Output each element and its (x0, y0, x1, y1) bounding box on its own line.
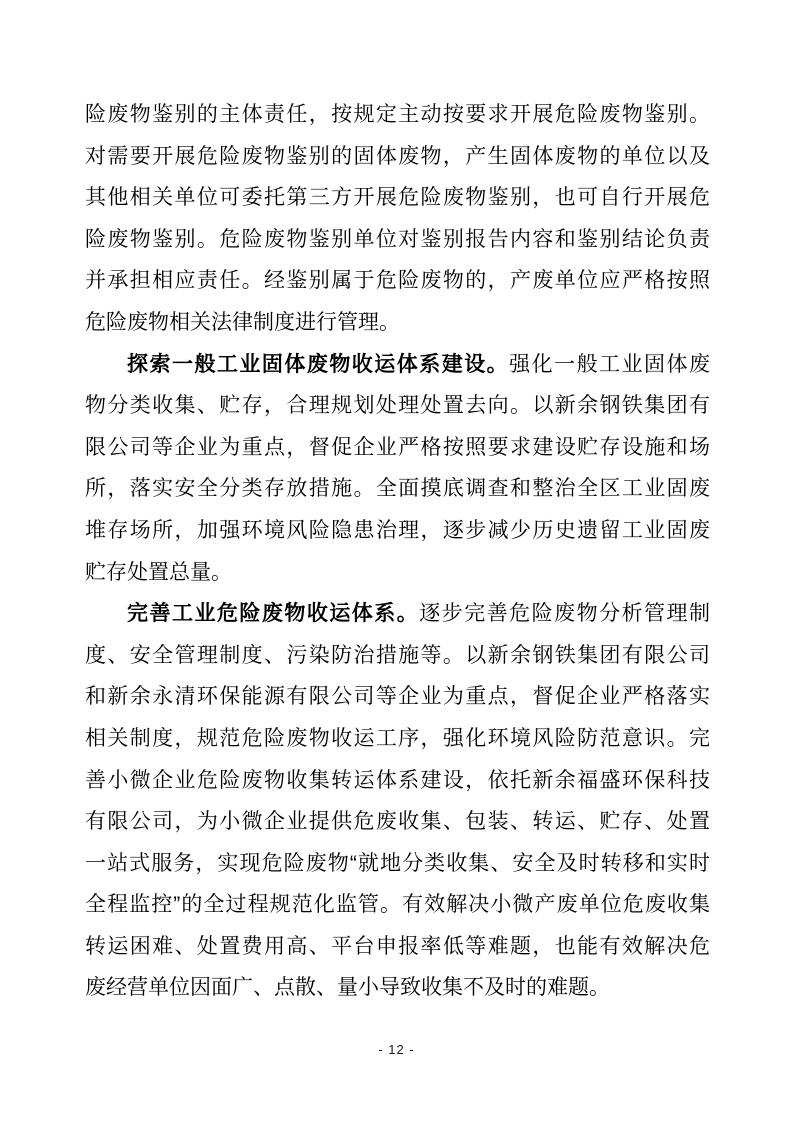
text-line: 善小微企业危险废物收集转运体系建设，依托新余福盛环保科技 (85, 760, 710, 802)
text-line: 全程监控”的全过程规范化监管。有效解决小微产废单位危废收集 (85, 884, 710, 926)
text-line: 对需要开展危险废物鉴别的固体废物，产生固体废物的单位以及 (85, 136, 710, 178)
text-line: 相关制度，规范危险废物收运工序，强化环境风险防范意识。完 (85, 718, 710, 760)
text-line: 物分类收集、贮存，合理规划处理处置去向。以新余钢铁集团有 (85, 385, 710, 427)
text-run: 强化一般工业固体废 (509, 353, 710, 376)
text-line: 和新余永清环保能源有限公司等企业为重点，督促企业严格落实 (85, 676, 710, 718)
text-line: 险废物鉴别的主体责任，按规定主动按要求开展危险废物鉴别。 (85, 94, 710, 136)
paragraph-heading: 完善工业危险废物收运体系。 (127, 602, 419, 625)
text-line: 险废物鉴别。危险废物鉴别单位对鉴别报告内容和鉴别结论负责 (85, 219, 710, 261)
text-line: 转运困难、处置费用高、平台申报率低等难题，也能有效解决危 (85, 926, 710, 968)
paragraph-heading: 探索一般工业固体废物收运体系建设。 (127, 353, 509, 376)
text-line: 度、安全管理制度、污染防治措施等。以新余钢铁集团有限公司 (85, 635, 710, 677)
text-run: 逐步完善危险废物分析管理制 (419, 602, 710, 625)
text-line: 限公司等企业为重点，督促企业严格按照要求建设贮存设施和场 (85, 427, 710, 469)
text-line: 其他相关单位可委托第三方开展危险废物鉴别，也可自行开展危 (85, 177, 710, 219)
text-block: 险废物鉴别的主体责任，按规定主动按要求开展危险废物鉴别。 对需要开展危险废物鉴别… (85, 94, 710, 1009)
text-line: 有限公司，为小微企业提供危废收集、包装、转运、贮存、处置 (85, 801, 710, 843)
text-line: 废经营单位因面广、点散、量小导致收集不及时的难题。 (85, 967, 710, 1009)
text-line: 堆存场所，加强环境风险隐患治理，逐步减少历史遗留工业固废 (85, 510, 710, 552)
text-line: 并承担相应责任。经鉴别属于危险废物的，产废单位应严格按照 (85, 260, 710, 302)
text-line: 贮存处置总量。 (85, 552, 710, 594)
text-line: 一站式服务，实现危险废物“就地分类收集、安全及时转移和实时 (85, 843, 710, 885)
text-line: 危险废物相关法律制度进行管理。 (85, 302, 710, 344)
text-line: 完善工业危险废物收运体系。逐步完善危险废物分析管理制 (85, 593, 710, 635)
text-line: 所，落实安全分类存放措施。全面摸底调查和整治全区工业固废 (85, 468, 710, 510)
page-number: - 12 - (0, 1042, 793, 1057)
document-page: 险废物鉴别的主体责任，按规定主动按要求开展危险废物鉴别。 对需要开展危险废物鉴别… (0, 0, 793, 1122)
text-line: 探索一般工业固体废物收运体系建设。强化一般工业固体废 (85, 344, 710, 386)
